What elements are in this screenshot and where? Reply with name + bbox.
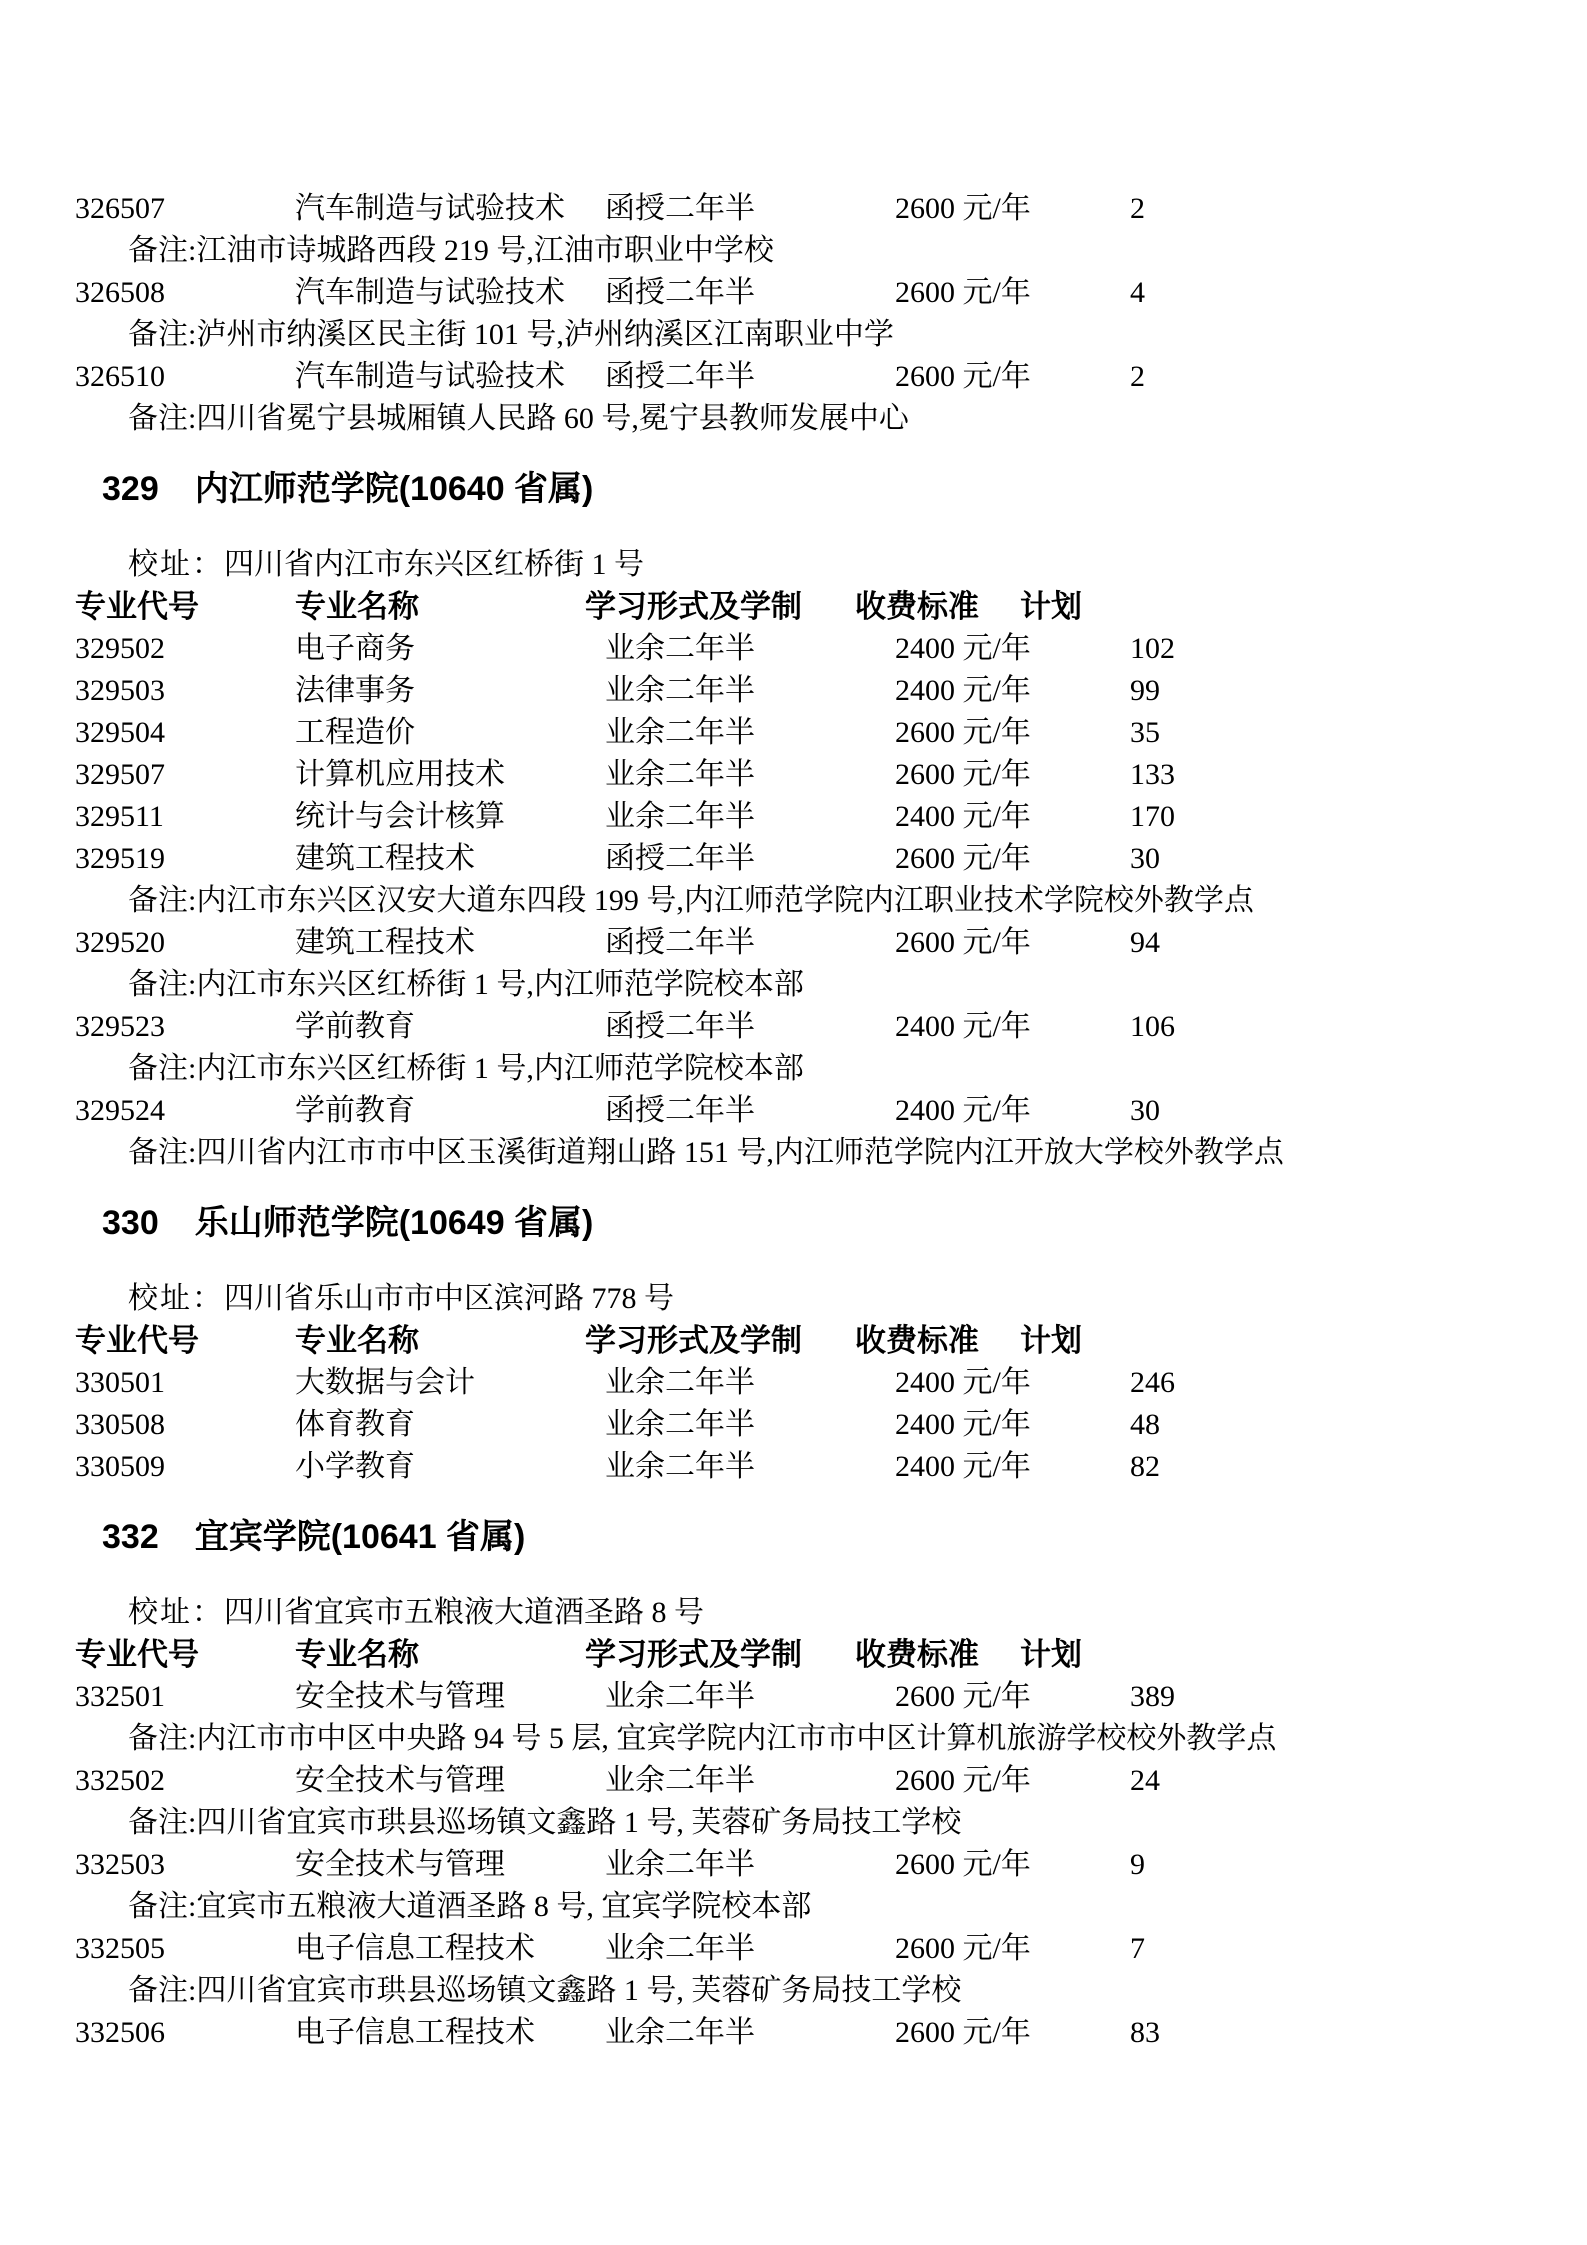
row-study-form: 业余二年半 [605,1760,895,1802]
row-study-form: 业余二年半 [605,712,895,754]
school-section: 326507 汽车制造与试验技术 函授二年半 2600 元/年 2 备注:江油市… [75,188,1547,440]
row-major-name: 电子信息工程技术 [295,1928,605,1970]
row-plan-count: 389 [1130,1676,1175,1718]
row-plan-count: 48 [1130,1404,1160,1446]
row-major-code: 332506 [75,2012,295,2054]
row-major-code: 329523 [75,1006,295,1048]
row-plan-count: 24 [1130,1760,1160,1802]
row-plan-count: 30 [1130,1090,1160,1132]
row-plan-count: 99 [1130,670,1160,712]
sections-root: 326507 汽车制造与试验技术 函授二年半 2600 元/年 2 备注:江油市… [75,188,1547,2054]
plan-row: 329520 建筑工程技术 函授二年半 2600 元/年 94 [75,922,1547,964]
row-study-form: 业余二年半 [605,1404,895,1446]
plan-row: 329524 学前教育 函授二年半 2400 元/年 30 [75,1090,1547,1132]
row-study-form: 业余二年半 [605,1676,895,1718]
row-plan-count: 133 [1130,754,1175,796]
note-label: 备注: [128,1722,196,1755]
row-major-code: 332503 [75,1844,295,1886]
row-major-code: 329524 [75,1090,295,1132]
row-fee: 2600 元/年 [895,1844,1130,1886]
row-plan-count: 9 [1130,1844,1145,1886]
row-study-form: 业余二年半 [605,1446,895,1488]
note-line: 备注:四川省宜宾市珙县巡场镇文鑫路 1 号, 芙蓉矿务局技工学校 [128,1970,1547,2012]
row-study-form: 业余二年半 [605,1928,895,1970]
row-plan-count: 4 [1130,272,1145,314]
note-text: 内江市市中区中央路 94 号 5 层, 宜宾学院内江市市中区计算机旅游学校校外教… [196,1722,1276,1755]
school-address-line: 校址：四川省内江市东兴区红桥街 1 号 [128,544,1547,586]
row-major-name: 汽车制造与试验技术 [295,356,605,398]
section-school-name: 乐山师范学院(10649 省属) [195,1204,594,1242]
row-fee: 2400 元/年 [895,628,1130,670]
note-line: 备注:江油市诗城路西段 219 号,江油市职业中学校 [128,230,1547,272]
column-header-code: 专业代号 [75,1320,295,1362]
section-number: 332 [102,1518,159,1556]
school-section: 329内江师范学院(10640 省属) 校址：四川省内江市东兴区红桥街 1 号 … [75,464,1547,1174]
column-header-fee: 收费标准 [855,586,1020,628]
row-plan-count: 82 [1130,1446,1160,1488]
row-fee: 2600 元/年 [895,2012,1130,2054]
note-label: 备注: [128,1136,196,1169]
note-text: 泸州市纳溪区民主街 101 号,泸州纳溪区江南职业中学 [196,318,894,351]
row-major-name: 安全技术与管理 [295,1844,605,1886]
row-fee: 2600 元/年 [895,272,1130,314]
row-fee: 2400 元/年 [895,1006,1130,1048]
row-study-form: 函授二年半 [605,1006,895,1048]
plan-row: 329523 学前教育 函授二年半 2400 元/年 106 [75,1006,1547,1048]
row-plan-count: 94 [1130,922,1160,964]
rows-container: 329502 电子商务 业余二年半 2400 元/年 102 329503 法律… [75,628,1547,1174]
row-major-name: 建筑工程技术 [295,838,605,880]
plan-row: 332501 安全技术与管理 业余二年半 2600 元/年 389 [75,1676,1547,1718]
rows-container: 330501 大数据与会计 业余二年半 2400 元/年 246 330508 … [75,1362,1547,1488]
note-label: 备注: [128,1806,196,1839]
row-major-name: 学前教育 [295,1006,605,1048]
row-major-name: 工程造价 [295,712,605,754]
note-text: 宜宾市五粮液大道酒圣路 8 号, 宜宾学院校本部 [196,1890,811,1923]
row-major-name: 小学教育 [295,1446,605,1488]
plan-row: 330509 小学教育 业余二年半 2400 元/年 82 [75,1446,1547,1488]
plan-row: 329502 电子商务 业余二年半 2400 元/年 102 [75,628,1547,670]
row-fee: 2600 元/年 [895,922,1130,964]
row-plan-count: 2 [1130,188,1145,230]
column-header-major: 专业名称 [295,586,585,628]
row-major-code: 329520 [75,922,295,964]
row-plan-count: 170 [1130,796,1175,838]
address-text: 四川省乐山市市中区滨河路 778 号 [224,1282,674,1315]
note-text: 内江市东兴区汉安大道东四段 199 号,内江师范学院内江职业技术学院校外教学点 [196,884,1254,917]
school-address-line: 校址：四川省宜宾市五粮液大道酒圣路 8 号 [128,1592,1547,1634]
note-text: 内江市东兴区红桥街 1 号,内江师范学院校本部 [196,968,804,1001]
row-major-name: 统计与会计核算 [295,796,605,838]
note-line: 备注:四川省冕宁县城厢镇人民路 60 号,冕宁县教师发展中心 [128,398,1547,440]
row-study-form: 函授二年半 [605,1090,895,1132]
row-major-code: 332501 [75,1676,295,1718]
row-major-code: 329511 [75,796,295,838]
row-major-name: 计算机应用技术 [295,754,605,796]
note-line: 备注:四川省内江市市中区玉溪街道翔山路 151 号,内江师范学院内江开放大学校外… [128,1132,1547,1174]
school-address-line: 校址：四川省乐山市市中区滨河路 778 号 [128,1278,1547,1320]
note-line: 备注:内江市市中区中央路 94 号 5 层, 宜宾学院内江市市中区计算机旅游学校… [128,1718,1547,1760]
column-header-plan: 计划 [1020,1320,1082,1362]
row-plan-count: 7 [1130,1928,1145,1970]
row-fee: 2600 元/年 [895,356,1130,398]
note-line: 备注:四川省宜宾市珙县巡场镇文鑫路 1 号, 芙蓉矿务局技工学校 [128,1802,1547,1844]
note-line: 备注:内江市东兴区红桥街 1 号,内江师范学院校本部 [128,1048,1547,1090]
column-header-fee: 收费标准 [855,1634,1020,1676]
row-fee: 2400 元/年 [895,1090,1130,1132]
row-study-form: 业余二年半 [605,670,895,712]
plan-row: 332506 电子信息工程技术 业余二年半 2600 元/年 83 [75,2012,1547,2054]
row-plan-count: 246 [1130,1362,1175,1404]
note-text: 四川省宜宾市珙县巡场镇文鑫路 1 号, 芙蓉矿务局技工学校 [196,1974,961,2007]
column-header-form: 学习形式及学制 [585,1320,855,1362]
row-study-form: 业余二年半 [605,796,895,838]
row-plan-count: 30 [1130,838,1160,880]
note-text: 四川省冕宁县城厢镇人民路 60 号,冕宁县教师发展中心 [196,402,909,435]
row-plan-count: 106 [1130,1006,1175,1048]
column-header-fee: 收费标准 [855,1320,1020,1362]
column-header-major: 专业名称 [295,1634,585,1676]
note-label: 备注: [128,968,196,1001]
row-major-code: 330509 [75,1446,295,1488]
row-study-form: 业余二年半 [605,628,895,670]
row-fee: 2400 元/年 [895,796,1130,838]
row-plan-count: 2 [1130,356,1145,398]
plan-row: 329519 建筑工程技术 函授二年半 2600 元/年 30 [75,838,1547,880]
school-section: 330乐山师范学院(10649 省属) 校址：四川省乐山市市中区滨河路 778 … [75,1198,1547,1488]
address-text: 四川省内江市东兴区红桥街 1 号 [224,548,644,581]
row-study-form: 业余二年半 [605,2012,895,2054]
column-header-row: 专业代号 专业名称 学习形式及学制 收费标准 计划 [75,586,1547,628]
plan-row: 330501 大数据与会计 业余二年半 2400 元/年 246 [75,1362,1547,1404]
row-fee: 2600 元/年 [895,1676,1130,1718]
column-header-plan: 计划 [1020,586,1082,628]
row-major-code: 329519 [75,838,295,880]
section-title: 332宜宾学院(10641 省属) [102,1512,1547,1562]
row-major-name: 法律事务 [295,670,605,712]
row-major-code: 329507 [75,754,295,796]
row-major-name: 学前教育 [295,1090,605,1132]
plan-row: 330508 体育教育 业余二年半 2400 元/年 48 [75,1404,1547,1446]
row-study-form: 业余二年半 [605,754,895,796]
address-label: 校址： [128,1282,224,1315]
row-major-code: 330501 [75,1362,295,1404]
address-text: 四川省宜宾市五粮液大道酒圣路 8 号 [224,1596,704,1629]
row-fee: 2400 元/年 [895,670,1130,712]
address-label: 校址： [128,548,224,581]
column-header-row: 专业代号 专业名称 学习形式及学制 收费标准 计划 [75,1320,1547,1362]
row-study-form: 函授二年半 [605,922,895,964]
column-header-form: 学习形式及学制 [585,1634,855,1676]
note-label: 备注: [128,402,196,435]
document-page: 326507 汽车制造与试验技术 函授二年半 2600 元/年 2 备注:江油市… [0,0,1587,2245]
section-school-name: 宜宾学院(10641 省属) [195,1518,526,1556]
section-number: 329 [102,470,159,508]
row-fee: 2400 元/年 [895,1404,1130,1446]
row-plan-count: 35 [1130,712,1160,754]
row-fee: 2600 元/年 [895,1760,1130,1802]
row-fee: 2600 元/年 [895,1928,1130,1970]
plan-row: 332505 电子信息工程技术 业余二年半 2600 元/年 7 [75,1928,1547,1970]
address-label: 校址： [128,1596,224,1629]
row-study-form: 函授二年半 [605,272,895,314]
row-major-code: 329504 [75,712,295,754]
note-label: 备注: [128,318,196,351]
plan-row: 326508 汽车制造与试验技术 函授二年半 2600 元/年 4 [75,272,1547,314]
column-header-major: 专业名称 [295,1320,585,1362]
column-header-code: 专业代号 [75,1634,295,1676]
row-study-form: 业余二年半 [605,1362,895,1404]
row-major-name: 安全技术与管理 [295,1760,605,1802]
section-number: 330 [102,1204,159,1242]
row-major-code: 332505 [75,1928,295,1970]
row-study-form: 函授二年半 [605,838,895,880]
row-study-form: 业余二年半 [605,1844,895,1886]
plan-row: 329507 计算机应用技术 业余二年半 2600 元/年 133 [75,754,1547,796]
note-text: 内江市东兴区红桥街 1 号,内江师范学院校本部 [196,1052,804,1085]
school-section: 332宜宾学院(10641 省属) 校址：四川省宜宾市五粮液大道酒圣路 8 号 … [75,1512,1547,2054]
row-major-name: 电子信息工程技术 [295,2012,605,2054]
note-label: 备注: [128,1052,196,1085]
row-fee: 2600 元/年 [895,188,1130,230]
note-label: 备注: [128,1890,196,1923]
plan-row: 329503 法律事务 业余二年半 2400 元/年 99 [75,670,1547,712]
note-line: 备注:内江市东兴区汉安大道东四段 199 号,内江师范学院内江职业技术学院校外教… [128,880,1547,922]
note-text: 江油市诗城路西段 219 号,江油市职业中学校 [196,234,774,267]
note-line: 备注:内江市东兴区红桥街 1 号,内江师范学院校本部 [128,964,1547,1006]
row-fee: 2400 元/年 [895,1362,1130,1404]
note-line: 备注:泸州市纳溪区民主街 101 号,泸州纳溪区江南职业中学 [128,314,1547,356]
row-fee: 2600 元/年 [895,712,1130,754]
row-major-name: 汽车制造与试验技术 [295,272,605,314]
plan-row: 326510 汽车制造与试验技术 函授二年半 2600 元/年 2 [75,356,1547,398]
note-text: 四川省宜宾市珙县巡场镇文鑫路 1 号, 芙蓉矿务局技工学校 [196,1806,961,1839]
row-major-name: 电子商务 [295,628,605,670]
row-major-code: 326510 [75,356,295,398]
column-header-form: 学习形式及学制 [585,586,855,628]
row-plan-count: 102 [1130,628,1175,670]
row-major-name: 建筑工程技术 [295,922,605,964]
section-title: 329内江师范学院(10640 省属) [102,464,1547,514]
plan-row: 329504 工程造价 业余二年半 2600 元/年 35 [75,712,1547,754]
note-label: 备注: [128,1974,196,2007]
section-school-name: 内江师范学院(10640 省属) [195,470,594,508]
plan-row: 332503 安全技术与管理 业余二年半 2600 元/年 9 [75,1844,1547,1886]
row-study-form: 函授二年半 [605,188,895,230]
row-fee: 2600 元/年 [895,838,1130,880]
plan-row: 332502 安全技术与管理 业余二年半 2600 元/年 24 [75,1760,1547,1802]
row-major-code: 332502 [75,1760,295,1802]
column-header-plan: 计划 [1020,1634,1082,1676]
row-major-code: 330508 [75,1404,295,1446]
note-label: 备注: [128,884,196,917]
note-text: 四川省内江市市中区玉溪街道翔山路 151 号,内江师范学院内江开放大学校外教学点 [196,1136,1284,1169]
row-major-code: 329502 [75,628,295,670]
plan-row: 329511 统计与会计核算 业余二年半 2400 元/年 170 [75,796,1547,838]
column-header-code: 专业代号 [75,586,295,628]
rows-container: 332501 安全技术与管理 业余二年半 2600 元/年 389 备注:内江市… [75,1676,1547,2054]
note-label: 备注: [128,234,196,267]
row-major-name: 汽车制造与试验技术 [295,188,605,230]
rows-container: 326507 汽车制造与试验技术 函授二年半 2600 元/年 2 备注:江油市… [75,188,1547,440]
row-major-name: 安全技术与管理 [295,1676,605,1718]
row-fee: 2400 元/年 [895,1446,1130,1488]
row-fee: 2600 元/年 [895,754,1130,796]
note-line: 备注:宜宾市五粮液大道酒圣路 8 号, 宜宾学院校本部 [128,1886,1547,1928]
row-major-name: 大数据与会计 [295,1362,605,1404]
row-major-code: 326507 [75,188,295,230]
column-header-row: 专业代号 专业名称 学习形式及学制 收费标准 计划 [75,1634,1547,1676]
row-major-code: 329503 [75,670,295,712]
plan-row: 326507 汽车制造与试验技术 函授二年半 2600 元/年 2 [75,188,1547,230]
row-major-name: 体育教育 [295,1404,605,1446]
row-major-code: 326508 [75,272,295,314]
row-study-form: 函授二年半 [605,356,895,398]
section-title: 330乐山师范学院(10649 省属) [102,1198,1547,1248]
row-plan-count: 83 [1130,2012,1160,2054]
